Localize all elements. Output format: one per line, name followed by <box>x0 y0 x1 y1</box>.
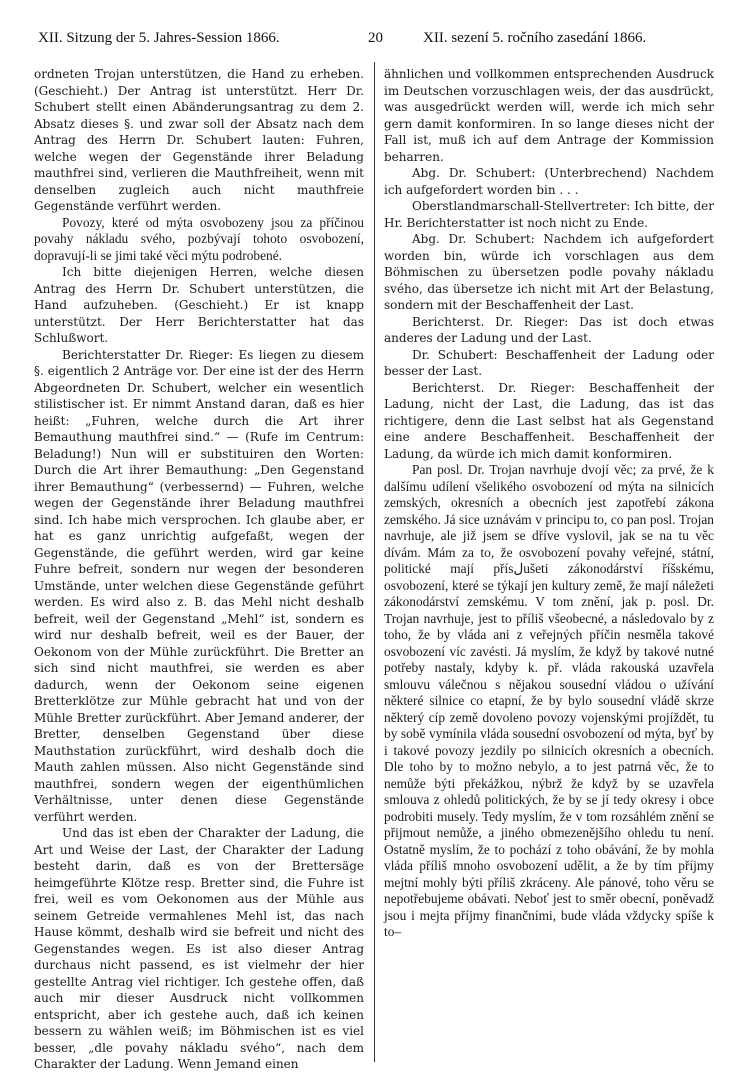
paragraph-czech: Povozy, které od mýta osvobozeny jsou za… <box>34 215 364 265</box>
speaker-name: Berichterst. Dr. Rieger: <box>412 381 575 395</box>
speaker-paragraph: Dr. Schubert: Beschaffenheit der Ladung … <box>384 347 714 380</box>
speaker-paragraph: Berichterstatter Dr. Rieger: Es liegen z… <box>34 347 364 826</box>
header-german-title: XII. Sitzung der 5. Jahres-Session 1866. <box>38 30 280 47</box>
speaker-name: Oberstlandmarschall-Stellvertreter: <box>412 199 630 213</box>
header-czech-title: XII. sezení 5. ročního zasedání 1866. <box>423 30 646 47</box>
column-divider <box>374 62 375 1062</box>
speech-text: Es liegen zu diesem §. eigentlich 2 Antr… <box>34 348 364 824</box>
left-column: ordneten Trojan unterstützen, die Hand z… <box>34 66 364 1073</box>
speaker-paragraph: Oberstlandmarschall-Stellvertreter: Ich … <box>384 198 714 231</box>
speaker-paragraph: Abg. Dr. Schubert: Nachdem ich aufgeford… <box>384 231 714 314</box>
paragraph: ordneten Trojan unterstützen, die Hand z… <box>34 66 364 215</box>
speaker-name: Berichterst. Dr. Rieger: <box>412 315 568 329</box>
speaker-paragraph: Berichterst. Dr. Rieger: Beschaffenheit … <box>384 380 714 463</box>
paragraph: ähnlichen und vollkommen entsprechenden … <box>384 66 714 165</box>
speaker-name: Abg. Dr. Schubert: <box>412 166 535 180</box>
speaker-paragraph: Berichterst. Dr. Rieger: Das ist doch et… <box>384 314 714 347</box>
speaker-paragraph: Abg. Dr. Schubert: (Unterbrechend) Nachd… <box>384 165 714 198</box>
paragraph: Ich bitte diejenigen Herren, welche dies… <box>34 264 364 347</box>
speaker-name: Dr. Schubert: <box>412 348 498 362</box>
page-header: XII. Sitzung der 5. Jahres-Session 1866.… <box>0 30 750 52</box>
paragraph: Und das ist eben der Charakter der Ladun… <box>34 825 364 1073</box>
speaker-name: Abg. Dr. Schubert: <box>412 232 535 246</box>
page-number: 20 <box>368 30 383 47</box>
speaker-name: Berichterstatter Dr. Rieger: <box>62 348 233 362</box>
paragraph-czech: Pan posl. Dr. Trojan navrhuje dvojí věc;… <box>384 462 714 941</box>
right-column: ähnlichen und vollkommen entsprechenden … <box>384 66 714 941</box>
